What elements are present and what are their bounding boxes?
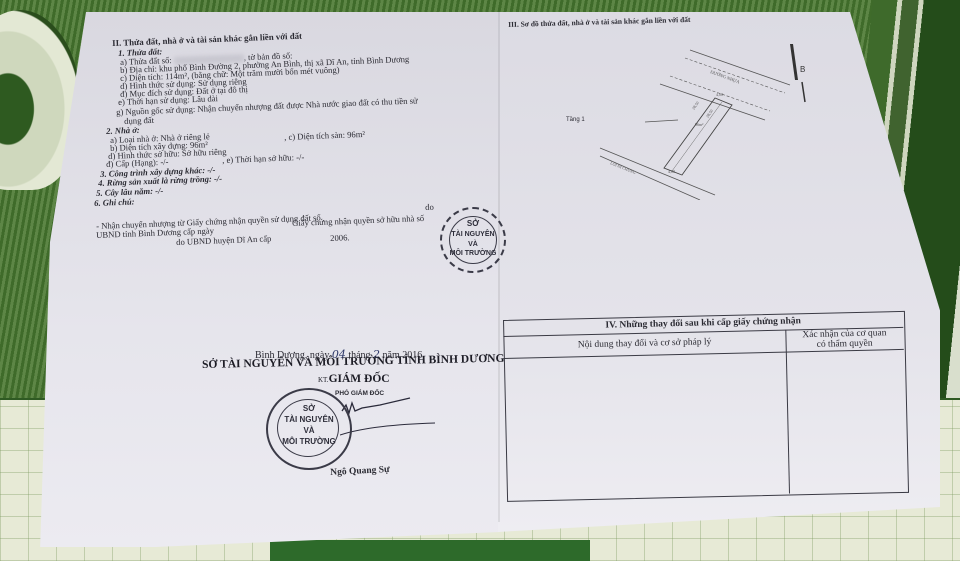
svg-text:4,00: 4,00 xyxy=(716,92,723,98)
seal-line2: TÀI NGUYÊN xyxy=(268,415,350,425)
seal-line1: SỞ xyxy=(268,404,350,414)
paper-fold-line xyxy=(498,12,500,522)
floor-label: Tầng 1 xyxy=(566,115,585,125)
signatory-title-text: GIÁM ĐỐC xyxy=(329,373,390,385)
svg-text:96m²: 96m² xyxy=(695,122,704,127)
road-bottom-label: LỐI ĐI CHUNG xyxy=(610,160,637,175)
tablecloth-green-band xyxy=(270,540,590,561)
svg-text:4,00: 4,00 xyxy=(668,169,675,175)
official-seal-small: SỞ TÀI NGUYÊN VÀ MÔI TRƯỜNG xyxy=(440,207,506,273)
certificate-page-left xyxy=(40,12,500,547)
note-do: do xyxy=(425,202,434,212)
signatory-title: KT.GIÁM ĐỐC xyxy=(318,374,390,385)
road-top-label: ĐƯỜNG NHỰA xyxy=(710,69,741,85)
changes-table: IV. Những thay đổi sau khi cấp giấy chứn… xyxy=(503,310,927,509)
note-year: 2006. xyxy=(330,232,350,243)
seal-small-line1: SỞ xyxy=(442,219,504,229)
notes-heading: 6. Ghi chú: xyxy=(94,196,135,208)
svg-text:B: B xyxy=(800,65,805,74)
column-authority-confirm: Xác nhận của cơ quancó thẩm quyền xyxy=(785,328,903,351)
signatory-title-prefix: KT. xyxy=(318,376,329,384)
seal-line4: MÔI TRƯỜNG xyxy=(268,437,350,447)
svg-text:28,50: 28,50 xyxy=(691,100,701,111)
seal-small-line2: TÀI NGUYÊN xyxy=(442,230,504,240)
seal-small-line4: MÔI TRƯỜNG xyxy=(442,249,504,259)
land-plot-diagram: ĐƯỜNG NHỰA LỐI ĐI CHUNG 28,50 28,50 4,00… xyxy=(590,40,860,200)
seal-line3: VÀ xyxy=(268,426,350,436)
official-seal: SỞ TÀI NGUYÊN VÀ MÔI TRƯỜNG xyxy=(266,388,352,470)
signature-scribble xyxy=(340,395,440,445)
